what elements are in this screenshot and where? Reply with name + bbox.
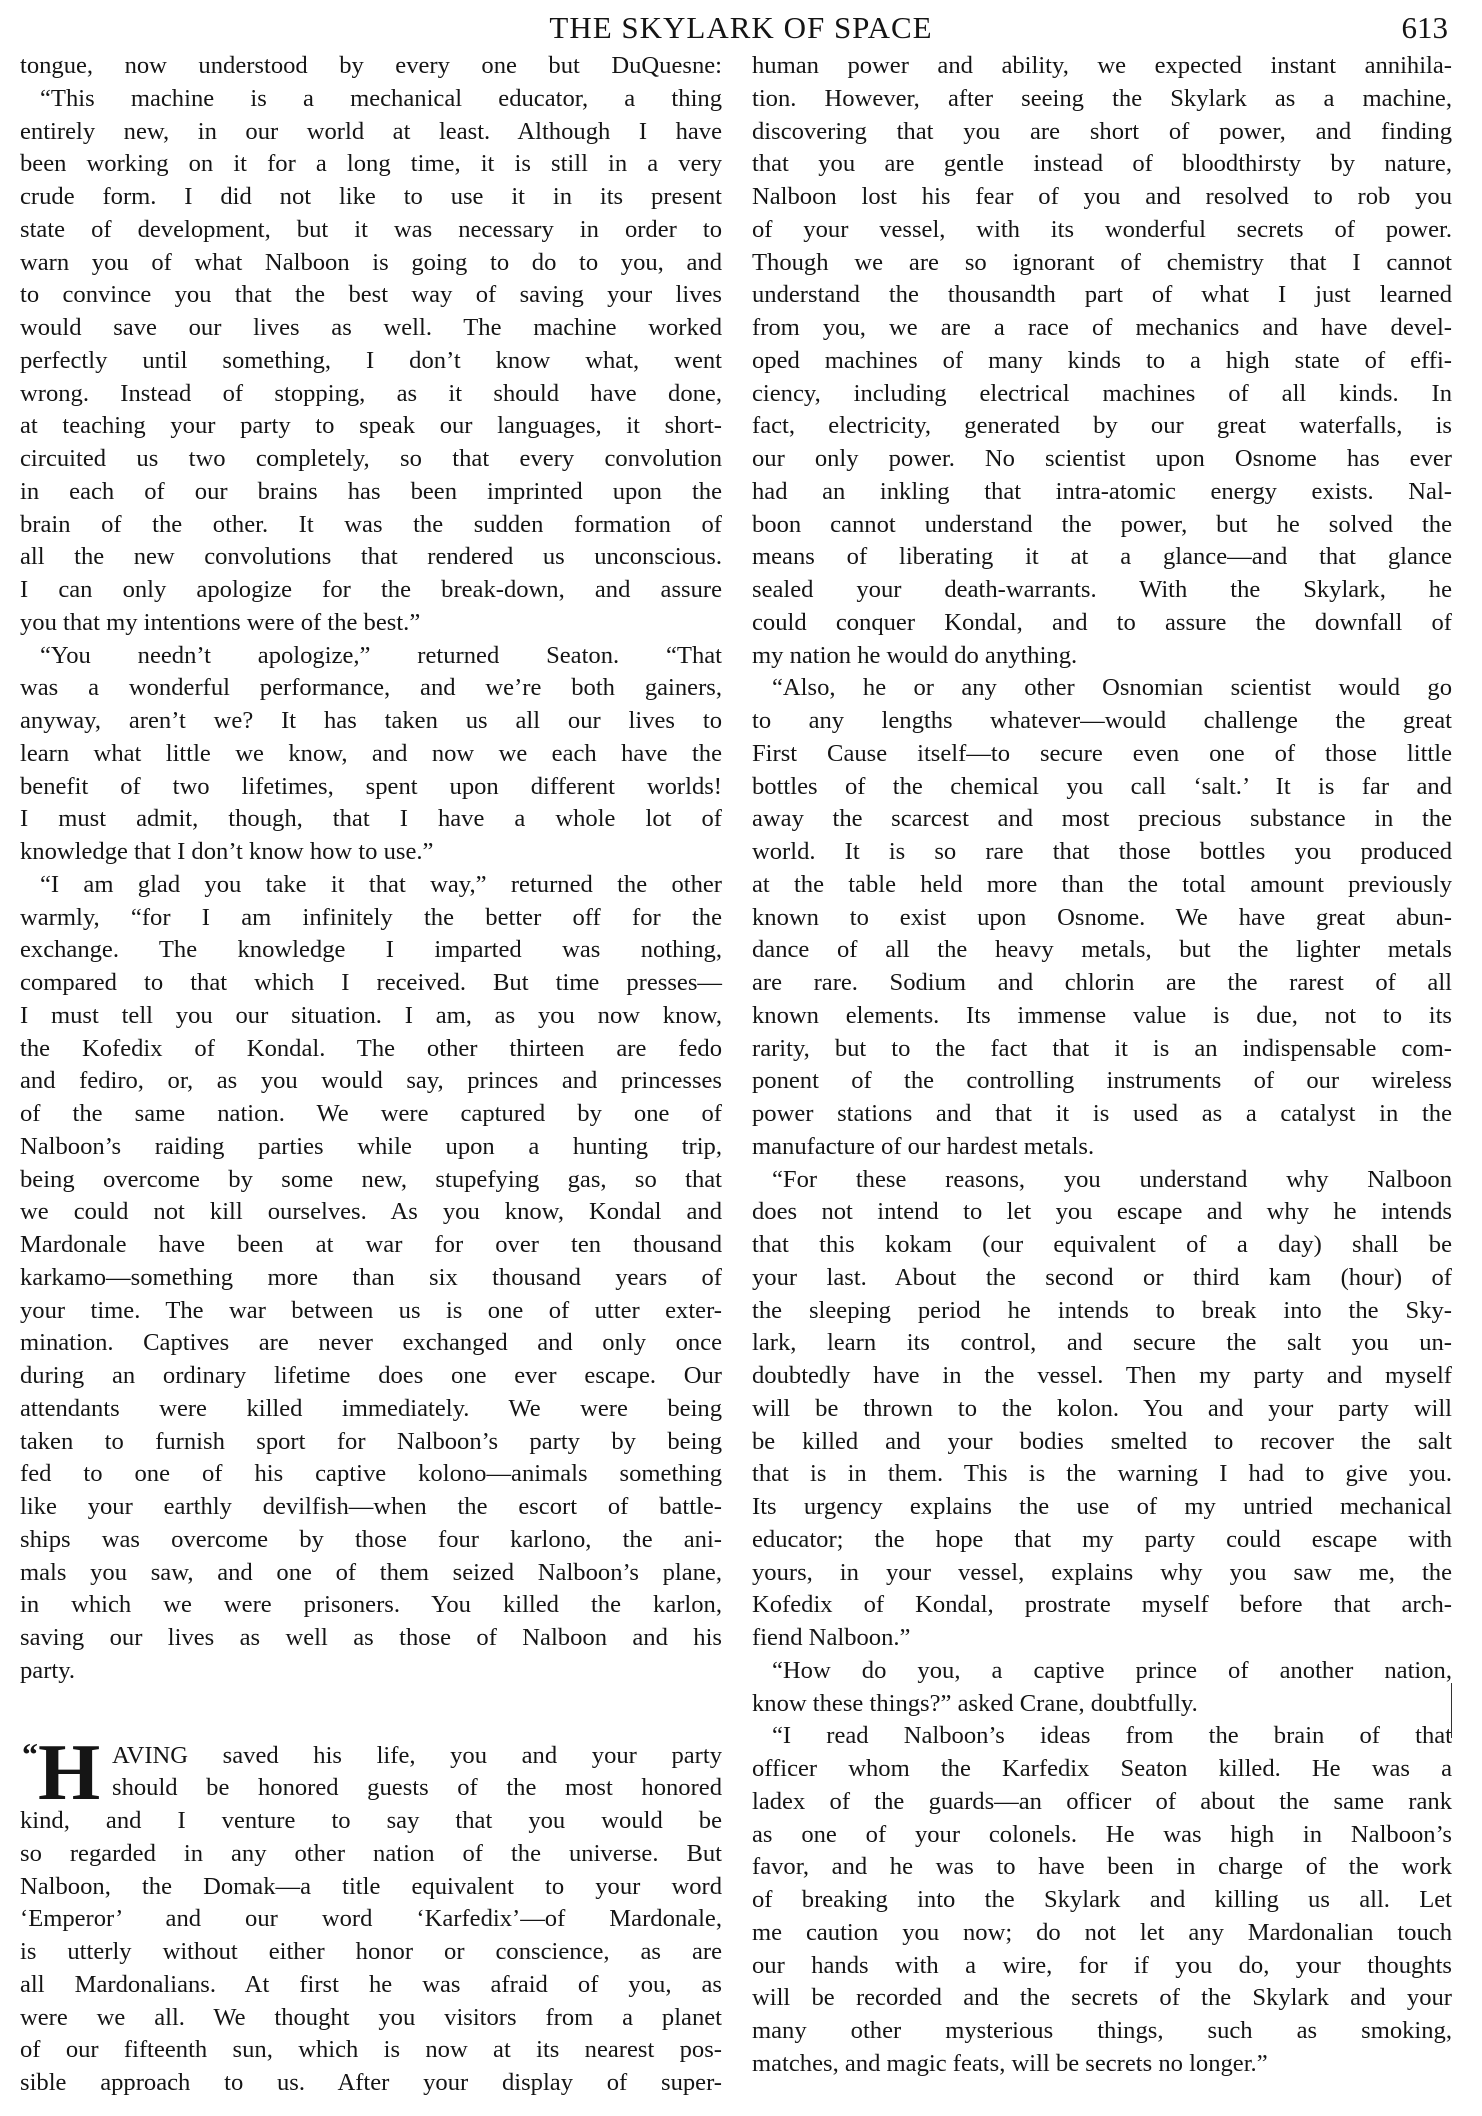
- text-line: are rare. Sodium and chlorin are the rar…: [752, 967, 1452, 1000]
- text-line: oped machines of many kinds to a high st…: [752, 345, 1452, 378]
- dropcap-letter: H: [38, 1742, 100, 1804]
- text-line: as one of your colonels. He was high in …: [752, 1819, 1452, 1852]
- text-line: AVING saved his life, you and your party: [20, 1740, 722, 1773]
- text-line: our hands with a wire, for if you do, yo…: [752, 1950, 1452, 1983]
- text-line: state of development, but it was necessa…: [20, 214, 722, 247]
- text-line: would save our lives as well. The machin…: [20, 312, 722, 345]
- text-line: could conquer Kondal, and to assure the …: [752, 607, 1452, 640]
- text-line: lark, learn its control, and secure the …: [752, 1327, 1452, 1360]
- text-line: kind, and I venture to say that you woul…: [20, 1805, 722, 1838]
- text-line: “You needn’t apologize,” returned Seaton…: [20, 640, 722, 673]
- text-line: you that my intentions were of the best.…: [20, 607, 722, 640]
- text-line: boon cannot understand the power, but he…: [752, 509, 1452, 542]
- text-line: “For these reasons, you understand why N…: [752, 1164, 1452, 1197]
- text-line: my nation he would do anything.: [752, 640, 1452, 673]
- text-line: First Cause itself—to secure even one of…: [752, 738, 1452, 771]
- text-line: Mardonale have been at war for over ten …: [20, 1229, 722, 1262]
- text-line: Nalboon lost his fear of you and resolve…: [752, 181, 1452, 214]
- text-line: matches, and magic feats, will be secret…: [752, 2048, 1452, 2081]
- text-line: brain of the other. It was the sudden fo…: [20, 509, 722, 542]
- text-line: that is in them. This is the warning I h…: [752, 1458, 1452, 1491]
- text-line: we could not kill ourselves. As you know…: [20, 1196, 722, 1229]
- text-line: dance of all the heavy metals, but the l…: [752, 934, 1452, 967]
- text-line: means of liberating it at a glance—and t…: [752, 541, 1452, 574]
- text-line: at the table held more than the total am…: [752, 869, 1452, 902]
- text-line: in each of our brains has been imprinted…: [20, 476, 722, 509]
- text-line: learn what little we know, and now we ea…: [20, 738, 722, 771]
- text-line: tongue, now understood by every one but …: [20, 50, 722, 83]
- text-line: our only power. No scientist upon Osnome…: [752, 443, 1452, 476]
- text-line: Kofedix of Kondal, prostrate myself befo…: [752, 1589, 1452, 1622]
- text-line: wrong. Instead of stopping, as it should…: [20, 378, 722, 411]
- text-line: is utterly without either honor or consc…: [20, 1936, 722, 1969]
- text-line: I must admit, though, that I have a whol…: [20, 803, 722, 836]
- text-line: crude form. I did not like to use it in …: [20, 181, 722, 214]
- text-line: I can only apologize for the break-down,…: [20, 574, 722, 607]
- text-line: will be recorded and the secrets of the …: [752, 1982, 1452, 2015]
- text-line: of your vessel, with its wonderful secre…: [752, 214, 1452, 247]
- text-line: fact, electricity, generated by our grea…: [752, 410, 1452, 443]
- text-line: during an ordinary lifetime does one eve…: [20, 1360, 722, 1393]
- text-line: at teaching your party to speak our lang…: [20, 410, 722, 443]
- text-line: ‘Emperor’ and our word ‘Karfedix’—of Mar…: [20, 1903, 722, 1936]
- text-line: sealed your death-warrants. With the Sky…: [752, 574, 1452, 607]
- text-line: “I am glad you take it that way,” return…: [20, 869, 722, 902]
- text-line: the sleeping period he intends to break …: [752, 1295, 1452, 1328]
- text-line: entirely new, in our world at least. Alt…: [20, 116, 722, 149]
- text-line: me caution you now; do not let any Mardo…: [752, 1917, 1452, 1950]
- text-line: benefit of two lifetimes, spent upon dif…: [20, 771, 722, 804]
- text-line: Though we are so ignorant of chemistry t…: [752, 247, 1452, 280]
- text-line: manufacture of our hardest metals.: [752, 1131, 1452, 1164]
- text-line: your last. About the second or third kam…: [752, 1262, 1452, 1295]
- text-line: power stations and that it is used as a …: [752, 1098, 1452, 1131]
- text-line: “How do you, a captive prince of another…: [752, 1655, 1452, 1688]
- margin-mark: [1451, 1683, 1452, 1738]
- text-line: human power and ability, we expected ins…: [752, 50, 1452, 83]
- text-line: like your earthly devilfish—when the esc…: [20, 1491, 722, 1524]
- text-line: ladex of the guards—an officer of about …: [752, 1786, 1452, 1819]
- text-line: sible approach to us. After your display…: [20, 2067, 722, 2100]
- text-line: know these things?” asked Crane, doubtfu…: [752, 1688, 1452, 1721]
- text-line: yours, in your vessel, explains why you …: [752, 1557, 1452, 1590]
- page-number: 613: [1402, 10, 1449, 46]
- text-line: knowledge that I don’t know how to use.”: [20, 836, 722, 869]
- text-line: warn you of what Nalboon is going to do …: [20, 247, 722, 280]
- text-line: does not intend to let you escape and wh…: [752, 1196, 1452, 1229]
- text-line: “I read Nalboon’s ideas from the brain o…: [752, 1720, 1452, 1753]
- text-line: your time. The war between us is one of …: [20, 1295, 722, 1328]
- text-line: be killed and your bodies smelted to rec…: [752, 1426, 1452, 1459]
- left-column: tongue, now understood by every one but …: [20, 50, 722, 2100]
- page-header: THE SKYLARK OF SPACE 613: [0, 8, 1482, 48]
- text-line: all Mardonalians. At first he was afraid…: [20, 1969, 722, 2002]
- text-line: should be honored guests of the most hon…: [20, 1772, 722, 1805]
- text-line: officer whom the Karfedix Seaton killed.…: [752, 1753, 1452, 1786]
- text-line: that you are gentle instead of bloodthir…: [752, 148, 1452, 181]
- text-line: away the scarcest and most precious subs…: [752, 803, 1452, 836]
- text-line: the Kofedix of Kondal. The other thirtee…: [20, 1033, 722, 1066]
- text-line: been working on it for a long time, it i…: [20, 148, 722, 181]
- text-line: of breaking into the Skylark and killing…: [752, 1884, 1452, 1917]
- text-line: discovering that you are short of power,…: [752, 116, 1452, 149]
- text-line: fed to one of his captive kolono—animals…: [20, 1458, 722, 1491]
- text-line: to convince you that the best way of sav…: [20, 279, 722, 312]
- text-line: of our fifteenth sun, which is now at it…: [20, 2034, 722, 2067]
- text-line: “Also, he or any other Osnomian scientis…: [752, 672, 1452, 705]
- text-line: fiend Nalboon.”: [752, 1622, 1452, 1655]
- text-line: in which we were prisoners. You killed t…: [20, 1589, 722, 1622]
- text-line: and fediro, or, as you would say, prince…: [20, 1065, 722, 1098]
- text-line: anyway, aren’t we? It has taken us all o…: [20, 705, 722, 738]
- text-line: party.: [20, 1655, 722, 1688]
- text-line: ships was overcome by those four karlono…: [20, 1524, 722, 1557]
- text-line: I must tell you our situation. I am, as …: [20, 1000, 722, 1033]
- text-line: taken to furnish sport for Nalboon’s par…: [20, 1426, 722, 1459]
- section-break: [20, 1688, 722, 1740]
- text-line: Its urgency explains the use of my untri…: [752, 1491, 1452, 1524]
- text-line: from you, we are a race of mechanics and…: [752, 312, 1452, 345]
- text-line: will be thrown to the kolon. You and you…: [752, 1393, 1452, 1426]
- text-line: compared to that which I received. But t…: [20, 967, 722, 1000]
- text-line: was a wonderful performance, and we’re b…: [20, 672, 722, 705]
- text-line: so regarded in any other nation of the u…: [20, 1838, 722, 1871]
- running-title: THE SKYLARK OF SPACE: [0, 10, 1482, 46]
- text-line: mals you saw, and one of them seized Nal…: [20, 1557, 722, 1590]
- text-line: attendants were killed immediately. We w…: [20, 1393, 722, 1426]
- text-line: being overcome by some new, stupefying g…: [20, 1164, 722, 1197]
- text-line: known elements. Its immense value is due…: [752, 1000, 1452, 1033]
- dropcap-paragraph: “HAVING saved his life, you and your par…: [20, 1740, 722, 1806]
- text-line: were we all. We thought you visitors fro…: [20, 2002, 722, 2035]
- text-line: of the same nation. We were captured by …: [20, 1098, 722, 1131]
- text-line: doubtedly have in the vessel. Then my pa…: [752, 1360, 1452, 1393]
- text-line: all the new convolutions that rendered u…: [20, 541, 722, 574]
- text-line: world. It is so rare that those bottles …: [752, 836, 1452, 869]
- text-line: many other mysterious things, such as sm…: [752, 2015, 1452, 2048]
- text-line: Nalboon’s raiding parties while upon a h…: [20, 1131, 722, 1164]
- dropcap-quote: “: [22, 1738, 38, 1771]
- text-line: perfectly until something, I don’t know …: [20, 345, 722, 378]
- text-line: warmly, “for I am infinitely the better …: [20, 902, 722, 935]
- text-line: had an inkling that intra-atomic energy …: [752, 476, 1452, 509]
- text-line: exchange. The knowledge I imparted was n…: [20, 934, 722, 967]
- text-line: that this kokam (our equivalent of a day…: [752, 1229, 1452, 1262]
- text-line: Nalboon, the Domak—a title equivalent to…: [20, 1871, 722, 1904]
- text-line: known to exist upon Osnome. We have grea…: [752, 902, 1452, 935]
- text-line: educator; the hope that my party could e…: [752, 1524, 1452, 1557]
- dropcap-paragraph-body: kind, and I venture to say that you woul…: [20, 1805, 722, 2100]
- text-line: understand the thousandth part of what I…: [752, 279, 1452, 312]
- text-line: rarity, but to the fact that it is an in…: [752, 1033, 1452, 1066]
- text-line: mination. Captives are never exchanged a…: [20, 1327, 722, 1360]
- right-column: human power and ability, we expected ins…: [752, 50, 1452, 2081]
- text-line: ciency, including electrical machines of…: [752, 378, 1452, 411]
- text-line: karkamo—something more than six thousand…: [20, 1262, 722, 1295]
- text-line: saving our lives as well as those of Nal…: [20, 1622, 722, 1655]
- text-line: favor, and he was to have been in charge…: [752, 1851, 1452, 1884]
- text-line: ponent of the controlling instruments of…: [752, 1065, 1452, 1098]
- text-line: bottles of the chemical you call ‘salt.’…: [752, 771, 1452, 804]
- text-line: tion. However, after seeing the Skylark …: [752, 83, 1452, 116]
- text-line: to any lengths whatever—would challenge …: [752, 705, 1452, 738]
- text-line: “This machine is a mechanical educator, …: [20, 83, 722, 116]
- text-line: circuited us two completely, so that eve…: [20, 443, 722, 476]
